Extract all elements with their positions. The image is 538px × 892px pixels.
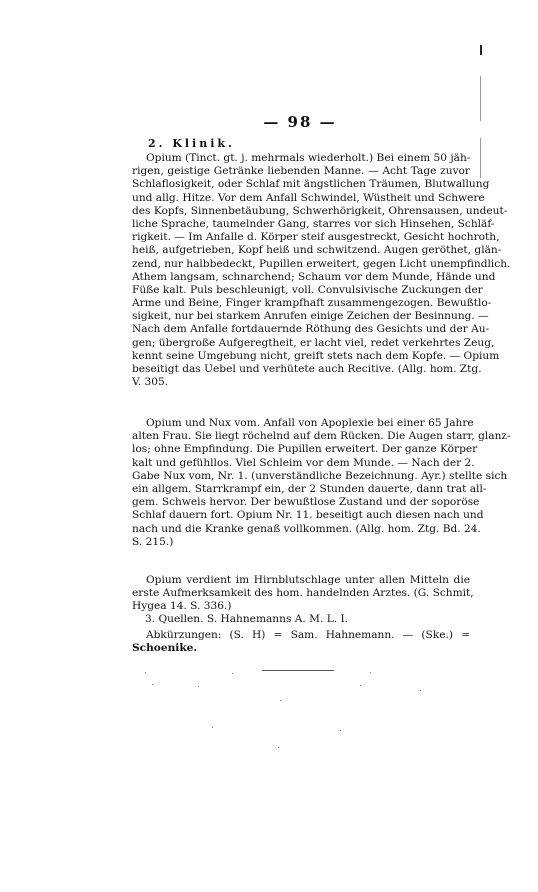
text-line: sigkeit, nur bei starkem Anrufen einige …: [132, 310, 470, 323]
text-line: Hygea 14. S. 336.): [132, 600, 470, 613]
text-line: rigen, geistige Getränke liebenden Manne…: [132, 165, 470, 178]
text-line: kalt und gefühllos. Viel Schleim vor dem…: [132, 457, 470, 470]
scan-speck: [152, 684, 153, 685]
text-line: Schoenike.: [132, 642, 470, 655]
text-line: des Kopfs, Sinnenbetäubung, Schwerhörigk…: [132, 205, 470, 218]
text-line: kennt seine Umgebung nicht, greift stets…: [132, 350, 470, 363]
text-line: zend, nur halbbedeckt, Pupillen erweiter…: [132, 258, 470, 271]
text-line: liche Sprache, taumelnder Gang, starres …: [132, 218, 470, 231]
abbreviations-block: Abkürzungen: (S. H) = Sam. Hahnemann. — …: [132, 629, 470, 655]
text-line: Füße kalt. Puls beschleunigt, voll. Conv…: [132, 284, 470, 297]
text-line: und allg. Hitze. Vor dem Anfall Schwinde…: [132, 192, 470, 205]
scan-speck: [420, 690, 421, 691]
text-line: los; ohne Empfindung. Die Pupillen erwei…: [132, 443, 470, 456]
text-line: ein allgem. Starrkrampf ein, der 2 Stund…: [132, 483, 470, 496]
text-line: beseitigt das Uebel und verhütete auch R…: [132, 363, 470, 376]
text-line: Abkürzungen: (S. H) = Sam. Hahnemann. — …: [132, 629, 470, 642]
text-line: gen; übergroße Aufgeregtheit, er lacht v…: [132, 337, 470, 350]
text-line: 3. Quellen. S. Hahnemanns A. M. L. I.: [145, 613, 465, 626]
scan-edge-rule: [480, 76, 481, 121]
text-line: Opium verdient im Hirnblutschlage unter …: [132, 574, 470, 587]
text-line: Schlaflosigkeit, oder Schlaf mit ängstli…: [132, 178, 470, 191]
text-line: V. 305.: [132, 376, 470, 389]
scan-speck: [370, 672, 371, 673]
text-line: Gabe Nux vom, Nr. 1. (unverständliche Be…: [132, 470, 470, 483]
text-line: rigkeit. — Im Anfalle d. Körper steif au…: [132, 231, 470, 244]
scan-edge-mark: [480, 45, 482, 55]
footer-rule: [262, 670, 334, 671]
scan-speck: [212, 727, 213, 728]
section-heading: 2. Klinik.: [148, 137, 235, 150]
text-line: Athem langsam, schnarchend; Schaum vor d…: [132, 271, 470, 284]
scan-speck: [232, 673, 233, 674]
case-paragraph-2: Opium und Nux vom. Anfall von Apoplexie …: [132, 417, 470, 549]
text-line: nach und die Kranke genaß vollkommen. (A…: [132, 523, 470, 536]
text-line: heiß, aufgetrieben, Kopf heiß und schwit…: [132, 244, 470, 257]
text-line: gem. Schweis hervor. Der bewußtlose Zust…: [132, 496, 470, 509]
scan-speck: [340, 730, 341, 731]
text-line: S. 215.): [132, 536, 470, 549]
text-line: alten Frau. Sie liegt röchelnd auf dem R…: [132, 430, 470, 443]
scan-edge-rule: [480, 138, 481, 178]
scan-speck: [278, 747, 279, 748]
text-line: Arme und Beine, Finger krampfhaft zusamm…: [132, 297, 470, 310]
text-line: erste Aufmerksamkeit des hom. handelnden…: [132, 587, 470, 600]
summary-paragraph: Opium verdient im Hirnblutschlage unter …: [132, 574, 470, 614]
case-paragraph-1: Opium (Tinct. gt. j. mehrmals wiederholt…: [132, 152, 470, 389]
page-number: — 98 —: [130, 113, 470, 131]
scan-speck: [145, 672, 146, 673]
text-line: Opium (Tinct. gt. j. mehrmals wiederholt…: [132, 152, 470, 165]
text-line: Schlaf dauern fort. Opium Nr. 11. beseit…: [132, 509, 470, 522]
scan-speck: [280, 700, 281, 701]
scan-speck: [360, 685, 361, 686]
text-line: Opium und Nux vom. Anfall von Apoplexie …: [132, 417, 470, 430]
sources-line: 3. Quellen. S. Hahnemanns A. M. L. I.: [145, 613, 465, 626]
scan-speck: [198, 686, 199, 687]
text-line: Nach dem Anfalle fortdauernde Röthung de…: [132, 323, 470, 336]
